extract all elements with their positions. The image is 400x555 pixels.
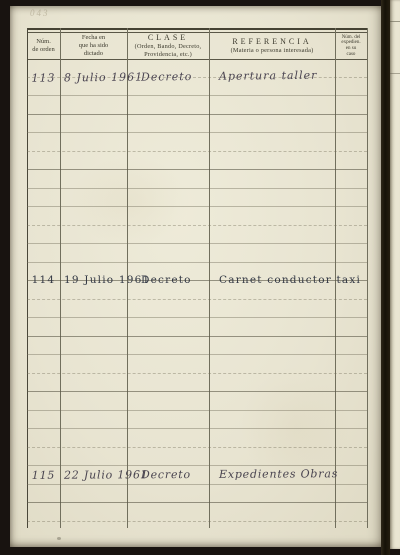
ruled-row <box>27 189 367 208</box>
ruled-row <box>27 355 367 374</box>
header-text: caso <box>347 52 356 58</box>
table-top-border <box>27 28 368 30</box>
adjacent-page-rule-line <box>390 73 400 74</box>
pencil-mark: 043 <box>30 8 50 18</box>
adjacent-page-rule-line <box>390 21 400 22</box>
header-title: CLASE <box>148 33 188 43</box>
entry-referencia: Apertura taller <box>219 69 317 83</box>
ruled-row <box>27 244 367 263</box>
entry-num: 114 <box>27 274 60 286</box>
entry-row: 114 19 Julio 1961 Decreto Carnet conduct… <box>10 274 383 291</box>
ruled-row <box>27 96 367 115</box>
entry-fecha: 22 Julio 1961 <box>64 468 149 481</box>
entry-clase: Decreto <box>141 70 192 84</box>
ruled-row <box>27 485 367 504</box>
entry-row: 115 22 Julio 1961 Decreto Expedientes Ob… <box>10 467 383 486</box>
ruled-row <box>27 152 367 171</box>
ruled-row <box>27 170 367 189</box>
ruled-row <box>27 374 367 393</box>
header-text: de orden <box>32 46 55 54</box>
ruled-row <box>27 318 367 337</box>
ruled-row <box>27 503 367 522</box>
header-referencia: REFERENCIA (Materia o persona interesada… <box>209 33 335 59</box>
adjacent-page-edge <box>390 0 400 549</box>
header-subtitle: (Materia o persona interesada) <box>231 47 314 55</box>
header-text: dictado <box>84 50 103 58</box>
header-text: que ha sido <box>79 42 109 50</box>
entry-num: 115 <box>27 469 60 482</box>
ledger-page: 043 Núm. de orden Fecha en que ha sido d… <box>10 6 383 547</box>
header-fecha: Fecha en que ha sido dictado <box>60 33 127 59</box>
header-subtitle: (Orden, Bando, Decreto, <box>135 43 202 51</box>
ruled-row <box>27 226 367 245</box>
ruled-row <box>27 429 367 448</box>
entry-num: 113 <box>27 71 60 84</box>
header-subtitle: Providencia, etc.) <box>144 51 192 59</box>
entry-clase: Decreto <box>141 468 191 481</box>
header-text: Núm. <box>36 38 51 46</box>
ruled-row <box>27 337 367 356</box>
ruled-row <box>27 207 367 226</box>
ruled-row <box>27 300 367 319</box>
header-clase: CLASE (Orden, Bando, Decreto, Providenci… <box>127 33 209 59</box>
entry-fecha: 19 Julio 1961 <box>64 274 150 286</box>
header-num-orden: Núm. de orden <box>27 33 60 59</box>
ink-speck <box>57 537 61 540</box>
ruled-row <box>27 133 367 152</box>
page-fold-crease <box>381 0 390 555</box>
header-text: Fecha en <box>82 34 105 42</box>
entry-fecha: 8 Julio 1961 <box>64 71 143 85</box>
ruled-row <box>27 115 367 134</box>
entry-clase: Decreto <box>141 274 192 286</box>
ruled-row <box>27 448 367 467</box>
ruled-row <box>27 392 367 411</box>
entry-referencia: Expedientes Obras <box>219 467 338 481</box>
header-title: REFERENCIA <box>232 37 311 47</box>
entry-referencia: Carnet conductor taxi <box>219 274 361 286</box>
ruled-row <box>27 411 367 430</box>
header-expediente: Núm. del expedien. en su caso <box>335 33 367 59</box>
